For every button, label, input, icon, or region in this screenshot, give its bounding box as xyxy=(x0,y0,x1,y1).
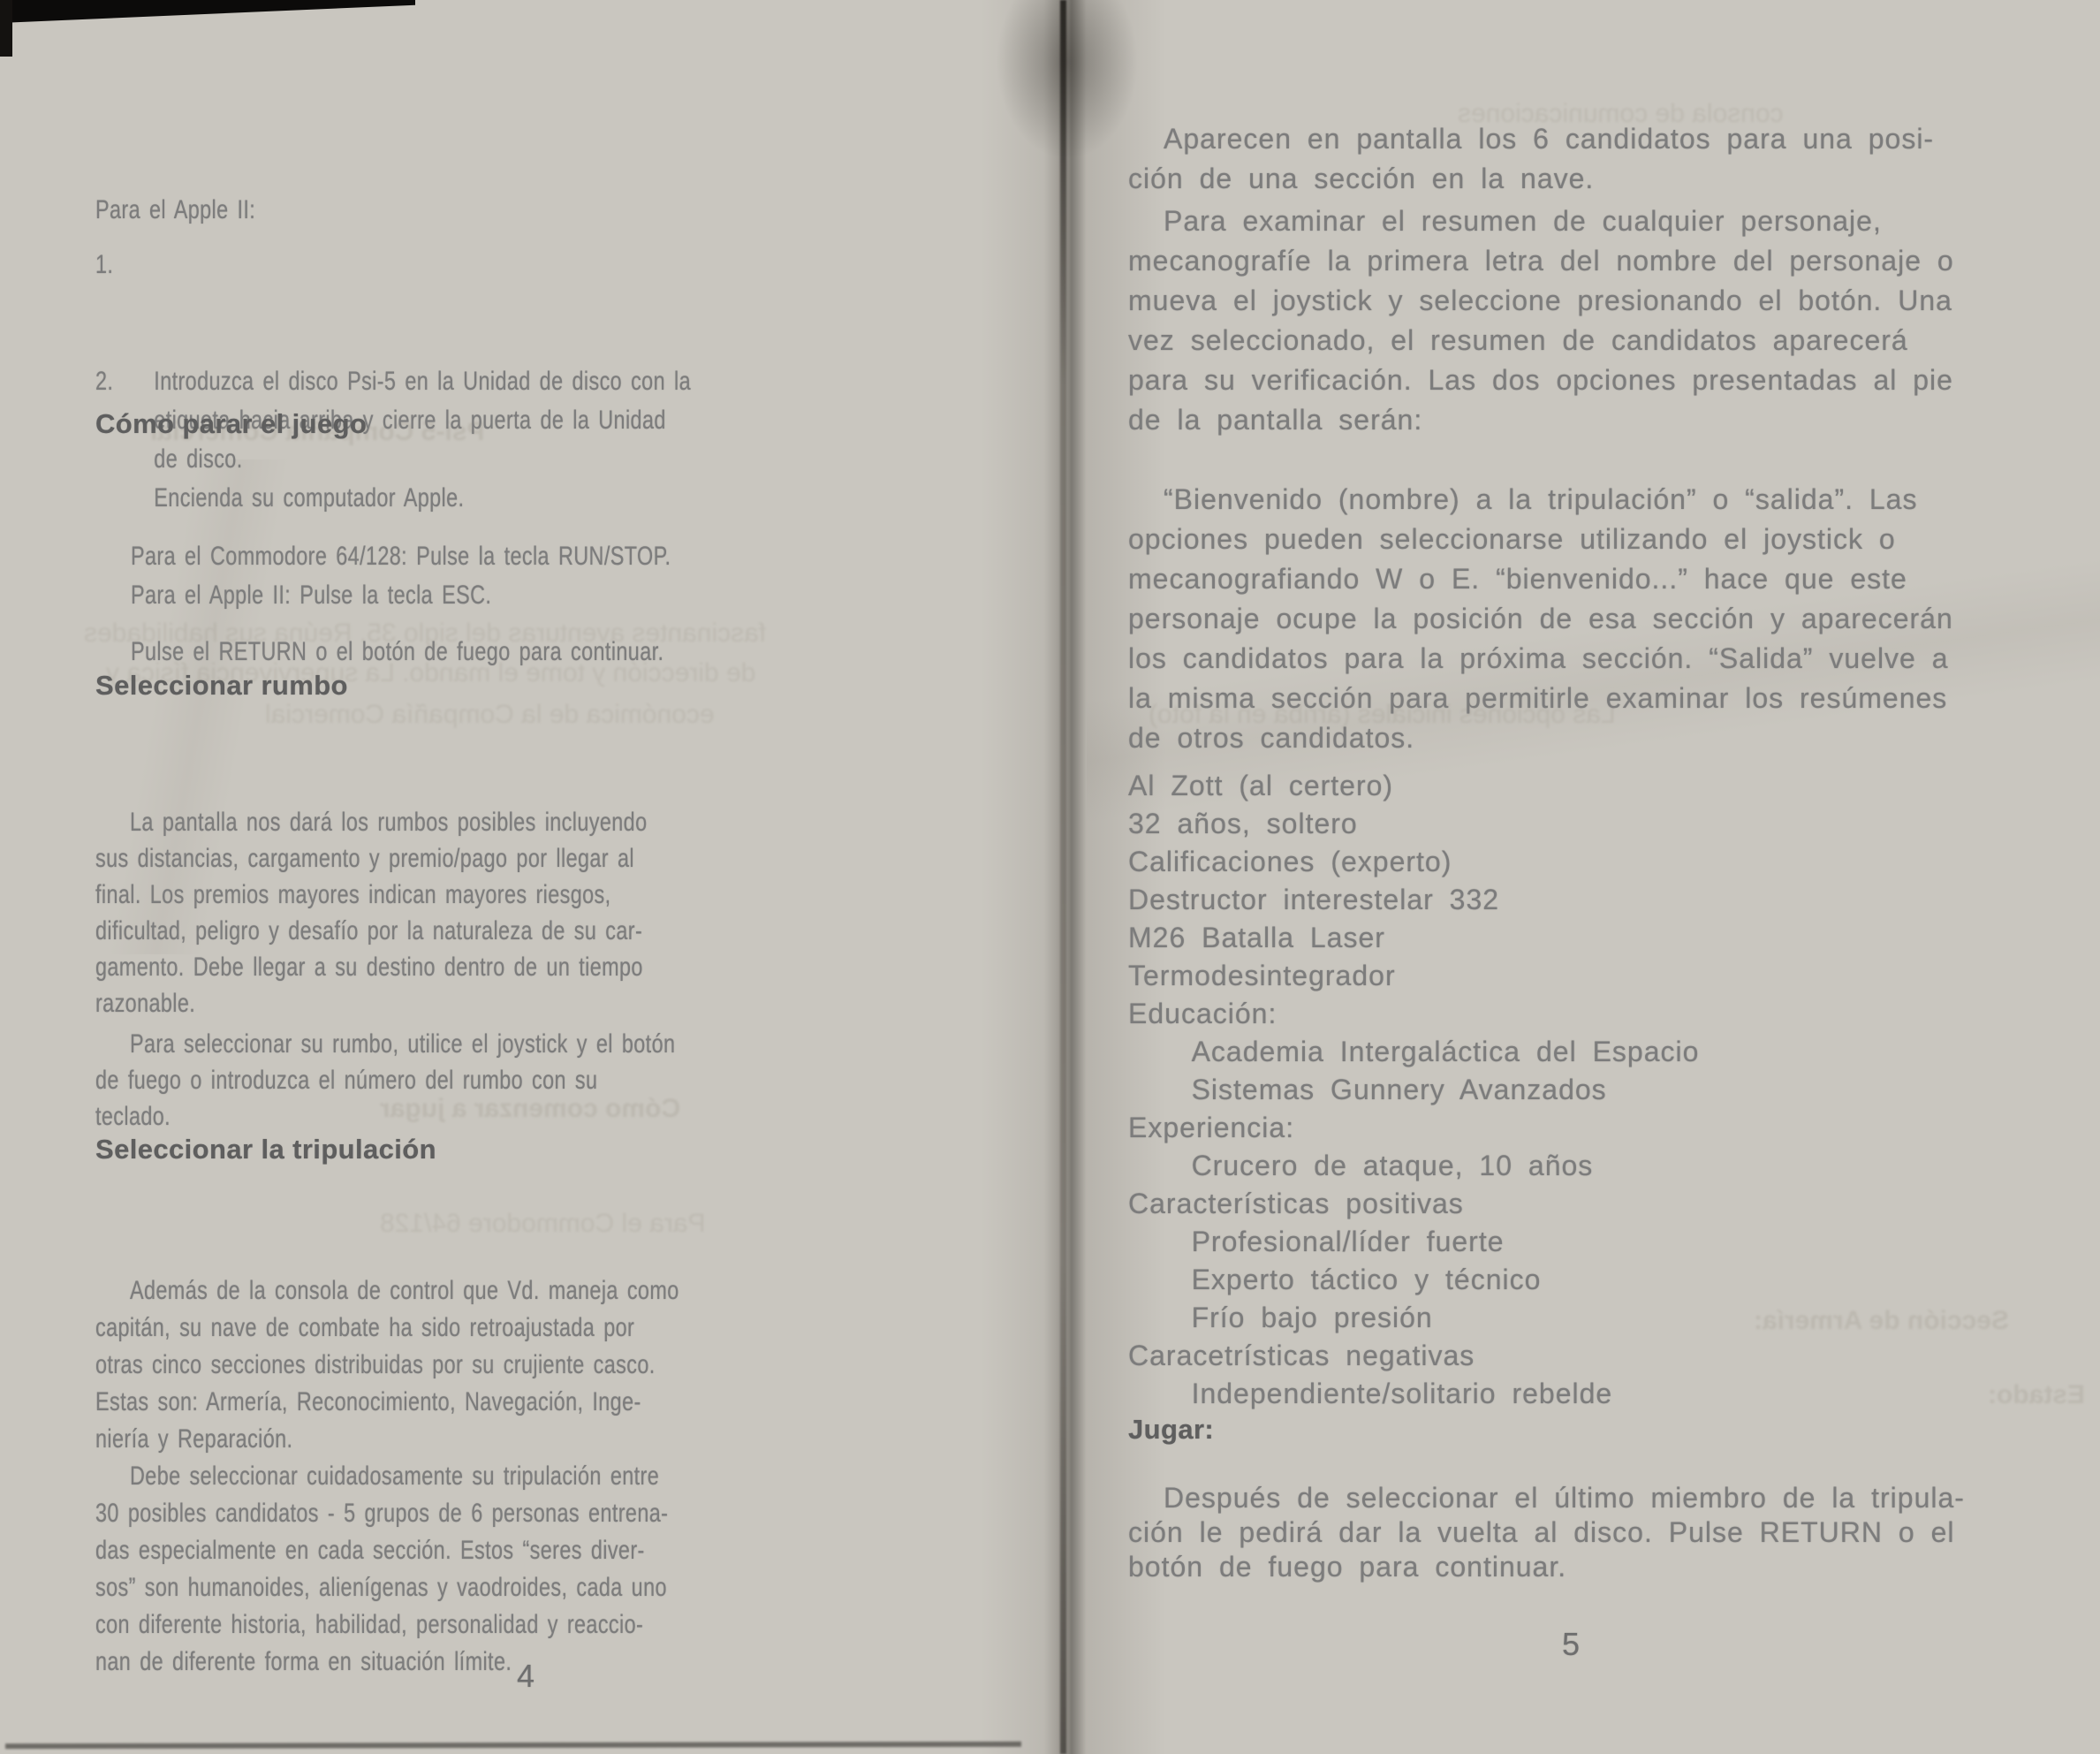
page-number-right: 5 xyxy=(1562,1626,1581,1663)
step-number: 2. xyxy=(95,362,113,401)
section-heading-select-course: Seleccionar rumbo xyxy=(95,670,348,702)
candidate-summary-list: Al Zott (al certero) 32 años, soltero Ca… xyxy=(1128,767,2087,1413)
page-number-left: 4 xyxy=(517,1658,535,1695)
step-number: 1. xyxy=(95,246,113,285)
examine-summary-paragraph: Para examinar el resumen de cualquier pe… xyxy=(1128,201,2087,440)
section-heading-stop-game: Cómo parar el juego xyxy=(95,408,367,440)
welcome-exit-options-paragraph: “Bienvenido (nombre) a la tripulación” o… xyxy=(1128,480,2087,758)
play-paragraph: Después de seleccionar el último miembro… xyxy=(1128,1481,2087,1584)
select-crew-paragraph-2: Debe seleccionar cuidadosamente su tripu… xyxy=(95,1398,891,1741)
page-4: Para el Apple II: 1. Introduzca el disco… xyxy=(0,0,1060,1754)
page-5: Aparecen en pantalla los 6 candidatos pa… xyxy=(1060,0,2100,1754)
scanned-manual-spread: Psi-5 Compañía Comercial fascinantes ave… xyxy=(0,0,2100,1754)
candidates-intro-paragraph: Aparecen en pantalla los 6 candidatos pa… xyxy=(1128,119,2087,199)
section-heading-play: Jugar: xyxy=(1128,1414,1214,1446)
section-heading-select-crew: Seleccionar la tripulación xyxy=(95,1134,436,1166)
stop-game-continue: Pulse el RETURN o el botón de fuego para… xyxy=(131,573,926,732)
